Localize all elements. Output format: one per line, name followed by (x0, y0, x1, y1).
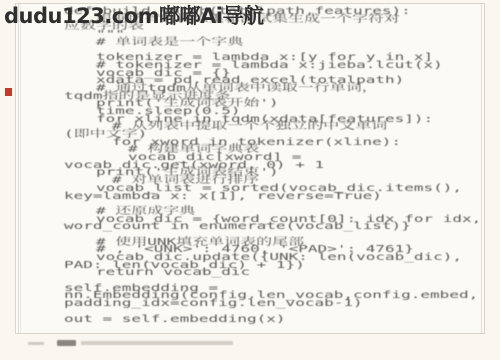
code-line: word_count in enumerate(vocab_list)} (64, 223, 500, 231)
screen: def build_vocab(totalpath,features):根据所有… (0, 0, 500, 360)
document-page: def build_vocab(totalpath,features):根据所有… (15, 3, 485, 334)
code-block: def build_vocab(totalpath,features):根据所有… (64, 8, 482, 323)
page-left-edge-line-inner (20, 4, 21, 333)
footer-text-smudge (81, 341, 233, 345)
code-line: return vocab_dic (64, 269, 500, 277)
page-footer (0, 339, 500, 349)
code-line: key=lambda x: x[1], reverse=True) (64, 193, 500, 201)
footer-logo-mark (57, 340, 76, 346)
red-marker (5, 88, 12, 96)
watermark-text: dudu123.com嘟嘟Ai导航 (4, 6, 264, 27)
code-line: padding_idx=config.len_vocab-1) (64, 300, 500, 308)
code-line: out = self.embedding(x) (64, 316, 500, 324)
code-line: # 单词表是一个字典 (64, 39, 500, 47)
page-left-edge-line (18, 4, 19, 333)
footer-small-mark (28, 342, 44, 345)
